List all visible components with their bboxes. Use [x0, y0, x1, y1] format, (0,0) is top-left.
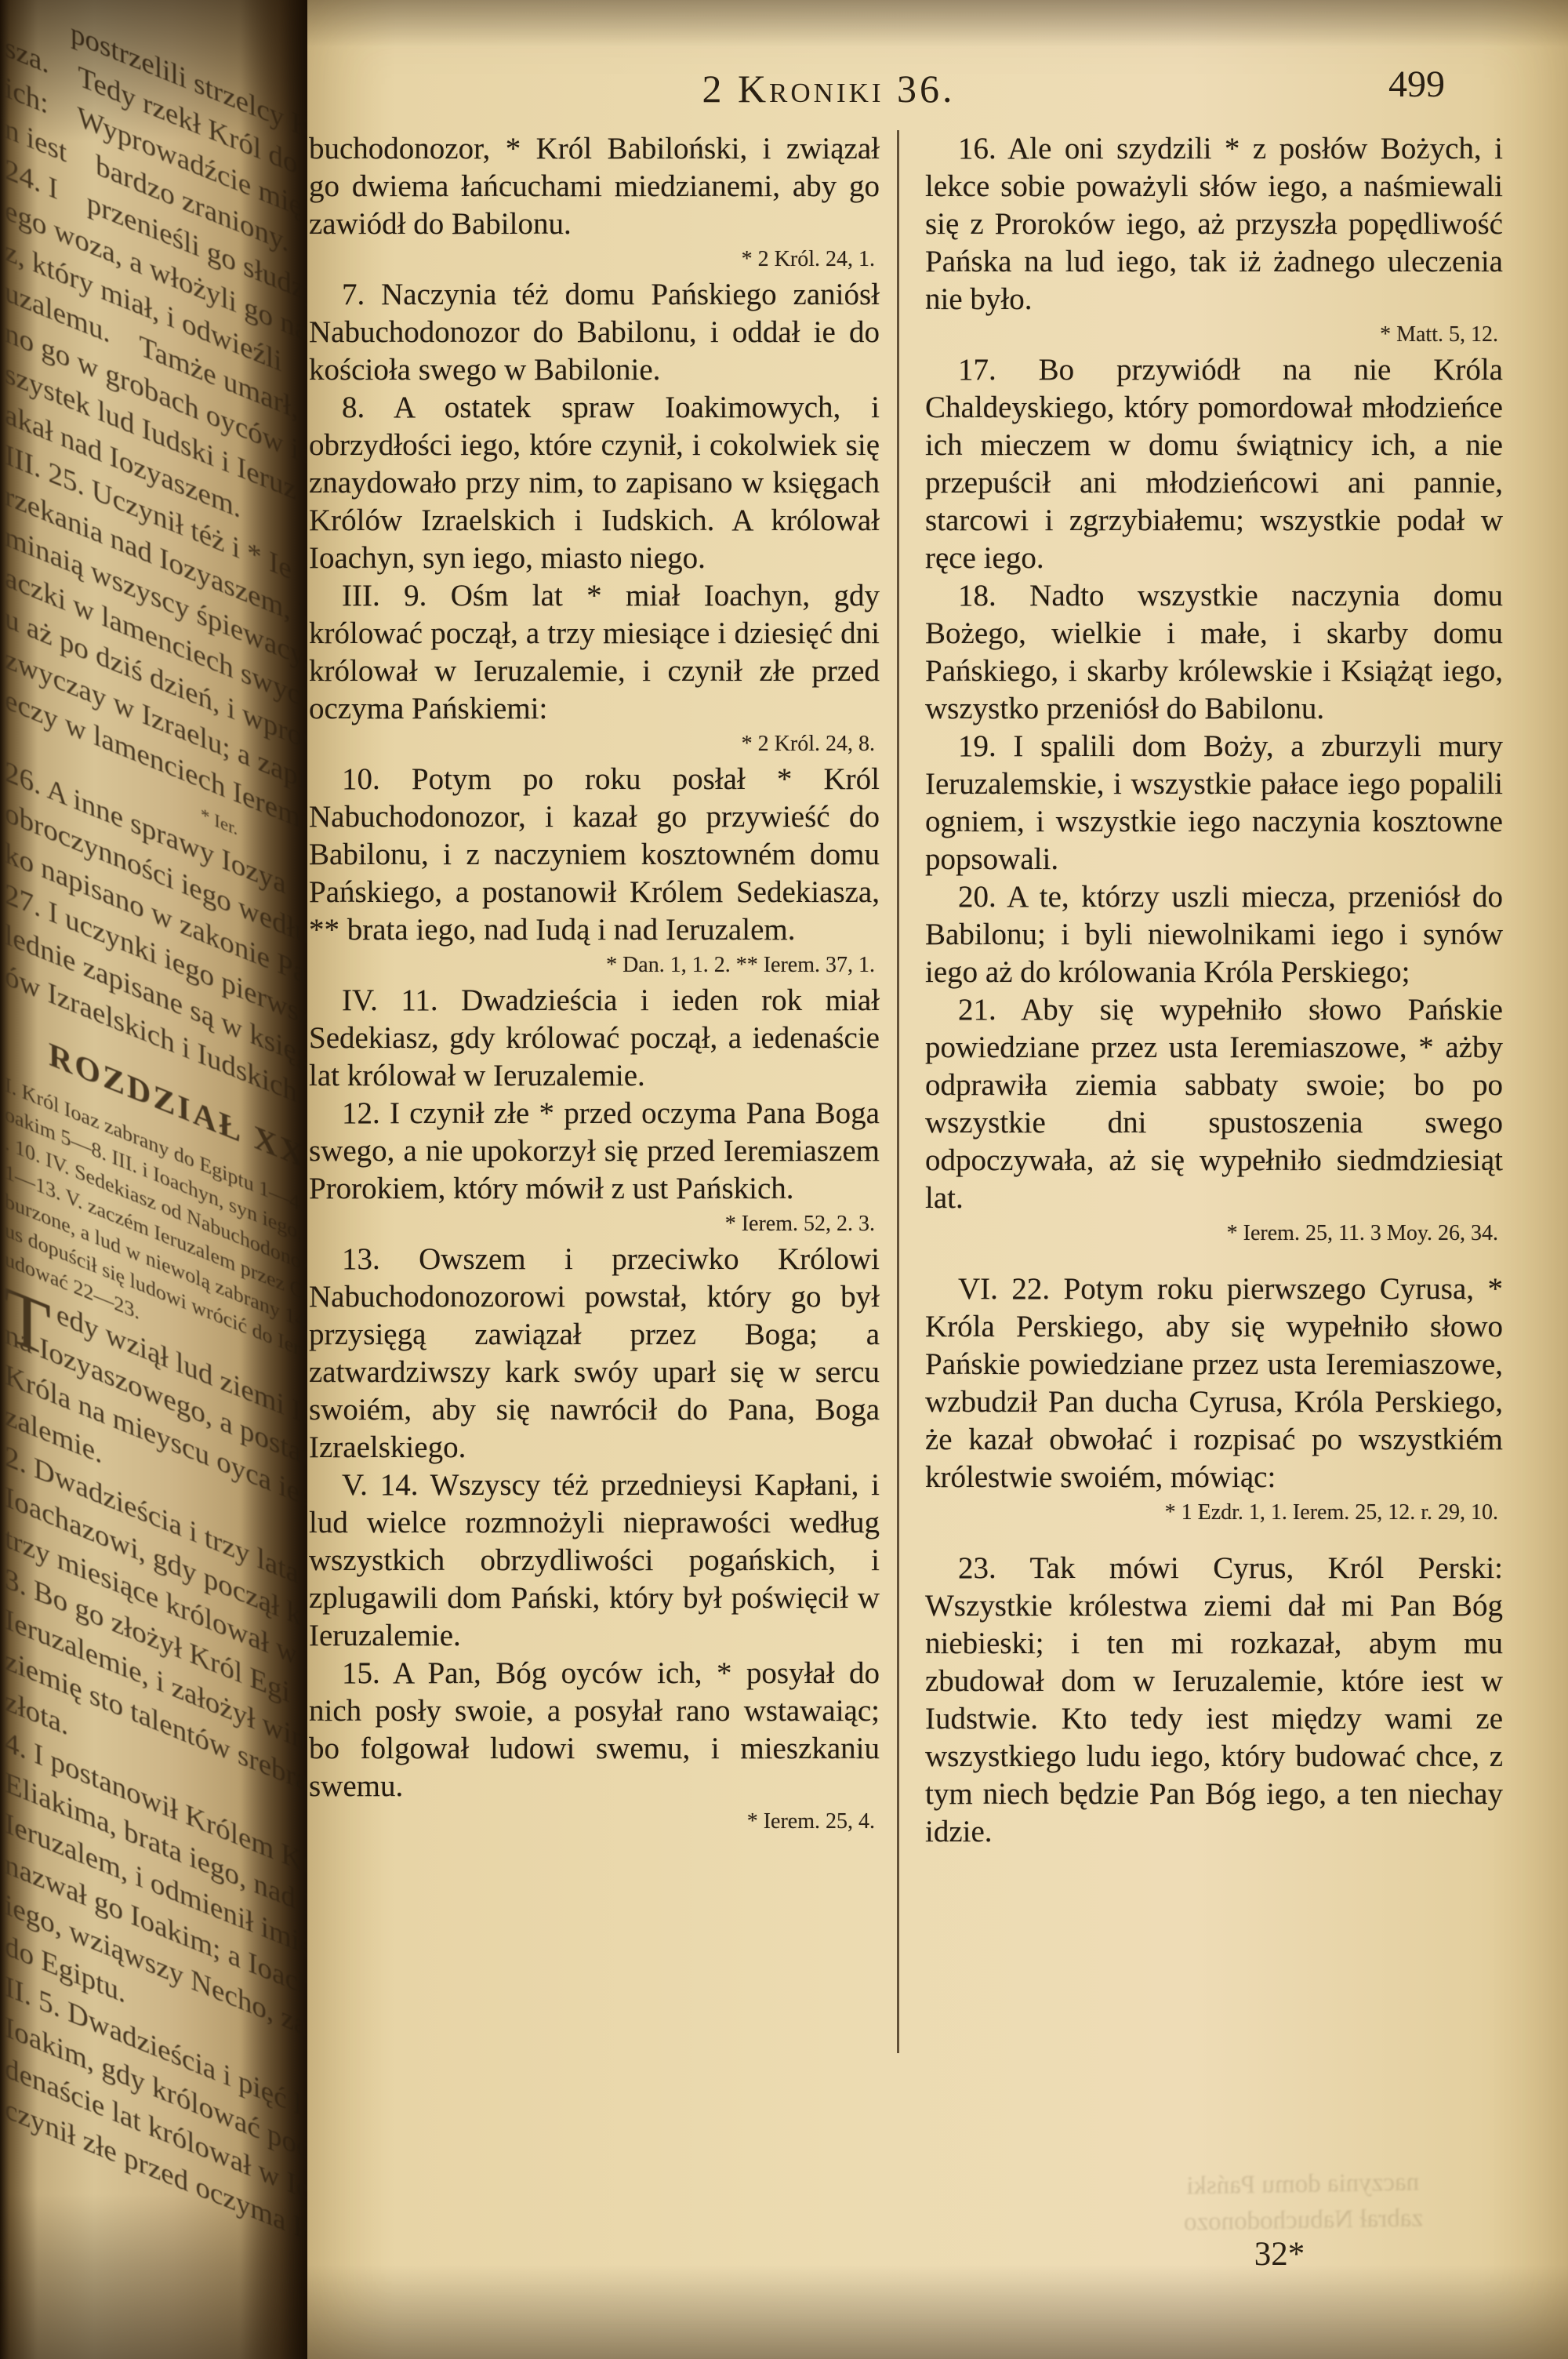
facing-page-line: do Egiptu.	[5, 1925, 314, 2194]
facing-page-line: Ieruzalemie, i założył winę	[5, 1599, 314, 1868]
footnote-reference: * Matt. 5, 12.	[925, 318, 1503, 351]
verse-text: V. 14. Wszyscy téż przednieysi Kapłani, …	[309, 1468, 880, 1652]
facing-page-line: 26. A inne sprawy Iozya	[5, 751, 314, 1020]
verse-text: 18. Nadto wszystkie naczynia domu Bożego…	[925, 579, 1503, 725]
facing-page-line: czynił złe przed oczyma Pan	[5, 2088, 314, 2357]
facing-page-line: na Iozyaszowego, a postanowili	[5, 1314, 314, 1583]
verse-paragraph: 18. Nadto wszystkie naczynia domu Bożego…	[925, 577, 1503, 728]
verse-text: 12. I czynił złe * przed oczyma Pana Bog…	[309, 1096, 880, 1205]
footnote-reference: * Ierem. 25, 11. 3 Moy. 26, 34.	[925, 1217, 1503, 1250]
verse-paragraph: 12. I czynił złe * przed oczyma Pana Bog…	[309, 1095, 880, 1241]
facing-page-strip: postrzelili strzelcy Krósza. Tedy rzekł …	[0, 0, 314, 2359]
verse-paragraph: 7. Naczynia téż domu Pańskiego zaniósł N…	[309, 276, 880, 389]
facing-page-line: ko napisano w zakonie Pańs	[5, 833, 314, 1102]
facing-page-line: 3. Bo go złożył Król Egi	[5, 1558, 314, 1827]
facing-page-line: z, który miał, i odwieźli	[5, 231, 314, 500]
facing-page-line: eczy w lamenciech Ieremia	[5, 679, 314, 948]
verse-text: 21. Aby się wypełniło słowo Pańskie powi…	[925, 993, 1503, 1215]
verse-text: 10. Potym po roku posłał * Król Nabuchod…	[309, 762, 880, 947]
verse-paragraph: V. 14. Wszyscy téż przednieysi Kapłani, …	[309, 1467, 880, 1655]
facing-page-line: Ioakim, gdy królować począł	[5, 2007, 314, 2276]
facing-page-line: Ieruzalem, i odmienił imię i	[5, 1803, 314, 2072]
chapter-summary-line: us dopuścił się ludowi wrócić do Ieruzal…	[5, 1215, 314, 1472]
verse-paragraph: buchodonozor, * Król Babiloński, i związ…	[309, 130, 880, 276]
page-number: 499	[1350, 63, 1483, 106]
column-divider-rule	[897, 130, 899, 2053]
verse-text: 20. A te, którzy uszli miecza, przeniósł…	[925, 880, 1503, 989]
facing-page-line: u aż po dziś dzień, i wprow	[5, 598, 314, 867]
facing-page-line: aczki w lamenciech swych	[5, 557, 314, 826]
facing-page-line: ów Izraelskich i Iudskich.	[5, 955, 314, 1224]
footnote-reference: * 1 Ezdr. 1, 1. Ierem. 25, 12. r. 29, 10…	[925, 1496, 1503, 1529]
facing-page-line: 2. Dwadzieścia i trzy lata	[5, 1436, 314, 1705]
drop-cap: T	[3, 1273, 51, 1371]
chapter-summary-line: I. Król Ioaz zabrany do Egiptu 1—4. II. …	[5, 1070, 314, 1327]
ghost-line: naczynia domu Pański	[1114, 2163, 1491, 2205]
main-page: 2 Kroniki 36. 499 buchodonozor, * Król B…	[307, 0, 1568, 2359]
verse-text: III. 9. Ośm lat * miał Ioachyn, gdy król…	[309, 579, 880, 725]
facing-page-line: zwyczay w Izraelu; a zapi	[5, 638, 314, 907]
facing-page-line: 24. I przenieśli go słudzy	[5, 149, 314, 418]
facing-page-line: minaią wszyscy śpiewacy,	[5, 516, 314, 785]
facing-page-line: trzy miesiące królował w Ieruz	[5, 1518, 314, 1787]
verse-paragraph: 23. Tak mówi Cyrus, Król Perski: Wszystk…	[925, 1550, 1503, 1851]
verse-text: 16. Ale oni szydzili * z posłów Bożych, …	[925, 132, 1503, 316]
verse-paragraph: 20. A te, którzy uszli miecza, przeniósł…	[925, 878, 1503, 991]
chapter-summary-line: . 10. IV. Sedekiasz od Nabuchodonozora o…	[5, 1128, 314, 1385]
verse-paragraph: 15. A Pan, Bóg oyców ich, * posyłał do n…	[309, 1655, 880, 1838]
left-column: buchodonozor, * Król Babiloński, i związ…	[309, 130, 880, 1838]
facing-page-line: * Ier.	[5, 720, 314, 980]
facing-page-line: ziemię sto talentów srebra, i	[5, 1640, 314, 1909]
facing-page-text: postrzelili strzelcy Krósza. Tedy rzekł …	[5, 0, 314, 2357]
footnote-reference: * Dan. 1, 1. 2. ** Ierem. 37, 1.	[309, 949, 880, 982]
verse-paragraph: III. 9. Ośm lat * miał Ioachyn, gdy król…	[309, 577, 880, 761]
facing-page-line: 27. I uczynki iego pierwsz	[5, 874, 314, 1143]
facing-page-line: no go w grobach oyców ie	[5, 312, 314, 581]
running-head: 2 Kroniki 36.	[307, 66, 1350, 111]
chapter-heading: ROZDZIAŁ XXXVI.	[49, 1036, 314, 1284]
facing-page-line: lednie zapisane są w księgach	[5, 914, 314, 1183]
facing-page-line: postrzelili strzelcy Kró	[5, 0, 314, 255]
facing-page-line: denaście lat królował w Ieruza	[5, 2048, 314, 2317]
footnote-reference: * 2 Król. 24, 8.	[309, 728, 880, 761]
facing-page-line: III. 25. Uczynił téż i * Ie	[5, 434, 314, 703]
facing-page-line: Króla na mieyscu oyca iego w	[5, 1354, 314, 1623]
verse-text: buchodonozor, * Król Babiloński, i związ…	[309, 132, 880, 241]
facing-page-line: Eliakima, brata iego, nad Iud	[5, 1762, 314, 2031]
footnote-reference: * Ierem. 52, 2. 3.	[309, 1208, 880, 1241]
verse-text: 17. Bo przywiódł na nie Króla Chaldeyski…	[925, 353, 1503, 575]
show-through-ghost-text: naczynia domu Pańskizabrał Nabuchodonozo	[1114, 2163, 1492, 2241]
facing-page-line: ich: Wyprowadźcie mię z	[5, 67, 314, 336]
facing-page-line: edy wziął lud ziemi Ioachaz	[5, 1273, 314, 1542]
chapter-summary: I. Król Ioaz zabrany do Egiptu 1—4. II. …	[5, 1070, 314, 1501]
facing-page-line: złota.	[5, 1681, 314, 1950]
verse-text: 15. A Pan, Bóg oyców ich, * posyłał do n…	[309, 1656, 880, 1803]
facing-page-top-lines: postrzelili strzelcy Krósza. Tedy rzekł …	[5, 0, 314, 1224]
chapter-summary-line: burzone, a lud w niewolą zabrany 14—21. …	[5, 1186, 314, 1443]
facing-page-line: iego, wziąwszy Necho, zawi	[5, 1885, 314, 2154]
chapter-summary-line: oakim 5—8. III. i Ioachyn, syn iego, do …	[5, 1099, 314, 1356]
verse-paragraph: 16. Ale oni szydzili * z posłów Bożych, …	[925, 130, 1503, 351]
verse-paragraph: IV. 11. Dwadzieścia i ieden rok miał Sed…	[309, 982, 880, 1095]
facing-page-line: 4. I postanowił Królem Król	[5, 1721, 314, 1990]
footnote-reference: * Ierem. 25, 4.	[309, 1805, 880, 1838]
facing-page-line: zalemie.	[5, 1395, 314, 1664]
chapter-summary-line: udować 22—23.	[5, 1244, 314, 1501]
footnote-reference: * 2 Król. 24, 1.	[309, 243, 880, 276]
facing-page-line: Ioachazowi, gdy począł królow	[5, 1477, 314, 1746]
verse-text: 19. I spalili dom Boży, a zburzyli mury …	[925, 729, 1503, 876]
verse-paragraph: 8. A ostatek spraw Ioakimowych, i obrzyd…	[309, 389, 880, 577]
facing-page-line: szystek lud Iudski i Ieruz	[5, 353, 314, 622]
verse-text: 8. A ostatek spraw Ioakimowych, i obrzyd…	[309, 391, 880, 575]
facing-page-line: uzalemu. Tamże umarł, i	[5, 271, 314, 540]
facing-page-line: obroczynności iego według	[5, 792, 314, 1061]
facing-page-line: nazwał go Ioakim; a Ioachaz	[5, 1844, 314, 2113]
verse-text: 13. Owszem i przeciwko Królowi Nabuchodo…	[309, 1242, 880, 1464]
facing-page-body-lines: edy wziął lud ziemi Ioachazna Iozyaszowe…	[5, 1273, 314, 2357]
signature-mark: 32*	[1217, 2235, 1342, 2274]
facing-page-line: rzekania nad Iozyaszem, któ	[5, 475, 314, 744]
right-column: 16. Ale oni szydzili * z posłów Bożych, …	[925, 130, 1503, 1851]
verse-paragraph: 13. Owszem i przeciwko Królowi Nabuchodo…	[309, 1241, 880, 1467]
verse-paragraph: 17. Bo przywiódł na nie Króla Chaldeyski…	[925, 351, 1503, 577]
facing-page-line: sza. Tedy rzekł Król do	[5, 27, 314, 296]
verse-text: 23. Tak mówi Cyrus, Król Perski: Wszystk…	[925, 1551, 1503, 1848]
verse-text: IV. 11. Dwadzieścia i ieden rok miał Sed…	[309, 983, 880, 1092]
book-scan-page: postrzelili strzelcy Krósza. Tedy rzekł …	[0, 0, 1568, 2359]
verse-paragraph: VI. 22. Potym roku pierwszego Cyrusa, * …	[925, 1270, 1503, 1529]
verse-paragraph: 10. Potym po roku posłał * Król Nabuchod…	[309, 761, 880, 982]
facing-page-line: n iest bardzo zraniony.	[5, 108, 314, 377]
facing-page-line: II. 5. Dwadzieścia i pięć l	[5, 1966, 314, 2235]
chapter-summary-line: 1—13. V. zaczém Ieruzalem przez Chaldeyc…	[5, 1157, 314, 1414]
facing-page-line: akał nad Iozyaszem.	[5, 394, 314, 663]
verse-text: 7. Naczynia téż domu Pańskiego zaniósł N…	[309, 278, 880, 387]
verse-paragraph: 21. Aby się wypełniło słowo Pańskie powi…	[925, 991, 1503, 1250]
facing-page-line: ego woza, a włożyli go na	[5, 190, 314, 459]
verse-paragraph: 19. I spalili dom Boży, a zburzyli mury …	[925, 728, 1503, 878]
verse-text: VI. 22. Potym roku pierwszego Cyrusa, * …	[925, 1272, 1503, 1494]
